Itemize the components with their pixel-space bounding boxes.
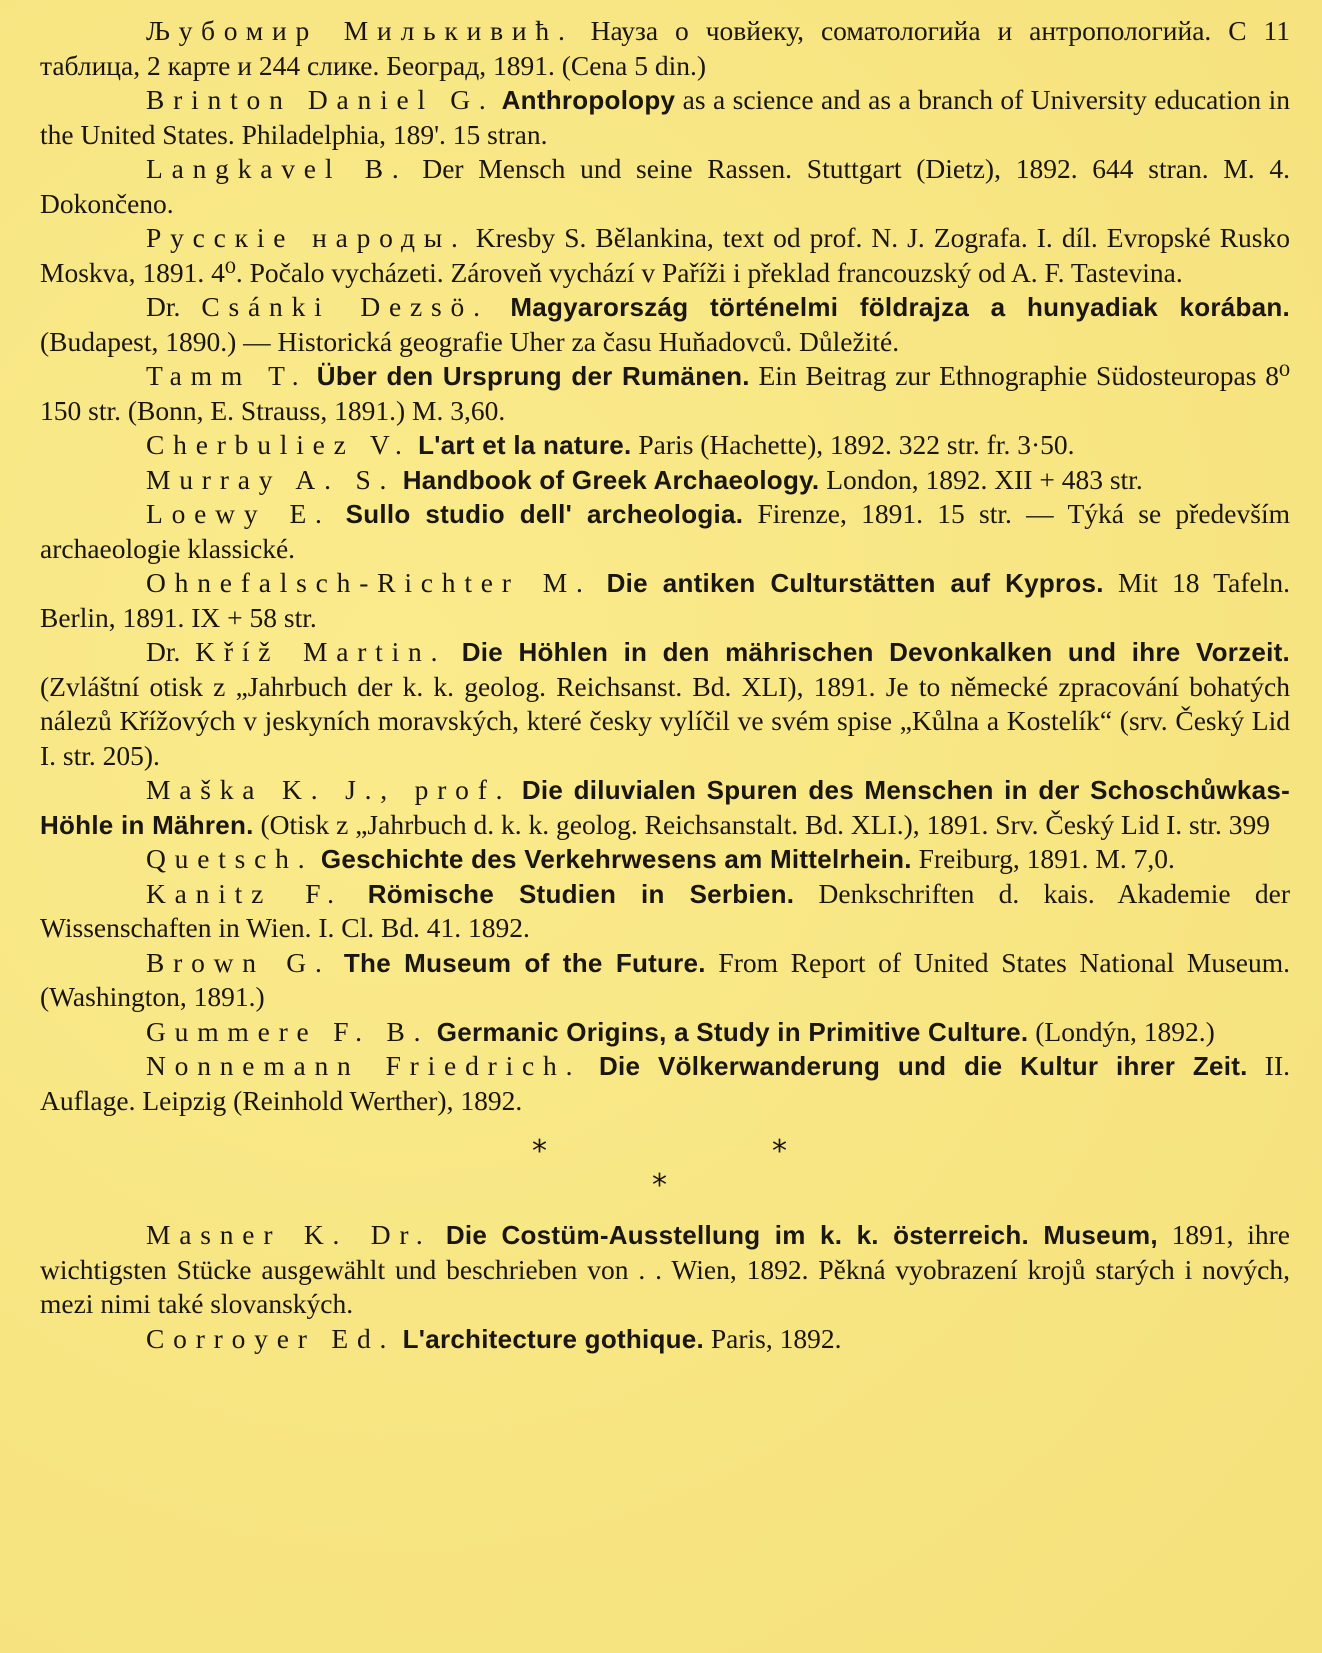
author-name: Tamm T.: [146, 360, 307, 391]
work-title: Über den Ursprung der Rumänen.: [307, 361, 749, 391]
author-name: Quetsch.: [146, 843, 313, 874]
publication-details: Freiburg, 1891. M. 7,0.: [912, 843, 1175, 874]
author-name: Murray A. S.: [146, 464, 395, 495]
asterisk-icon: *: [652, 1168, 667, 1203]
work-title: Römische Studien in Serbien.: [343, 879, 794, 909]
bibliography-entry: Brown G. The Museum of the Future. From …: [40, 946, 1290, 1015]
bibliography-entry: Corroyer Ed. L'architecture gothique. Pa…: [40, 1322, 1290, 1357]
bibliography-entry: Љубомир Милькивић. Науза о човйеку, сома…: [40, 14, 1290, 83]
bibliography-page: Љубомир Милькивић. Науза о човйеку, сома…: [40, 14, 1290, 1356]
author-name: Kříž Martin.: [195, 636, 446, 667]
bibliography-entry: Gummere F. B. Germanic Origins, a Study …: [40, 1015, 1290, 1050]
publication-details: Paris (Hachette), 1892. 322 str. fr. 3·5…: [632, 429, 1075, 460]
bibliography-entry: Langkavel B. Der Mensch und seine Rassen…: [40, 152, 1290, 221]
bibliography-entry: Masner K. Dr. Die Costüm-Ausstellung im …: [40, 1218, 1290, 1322]
work-title: Anthropolopy: [495, 85, 676, 115]
bibliography-entry: Dr. Kříž Martin. Die Höhlen in den mähri…: [40, 635, 1290, 773]
author-name: Csánki Dezsö.: [201, 291, 488, 322]
publication-details: Paris, 1892.: [704, 1323, 842, 1354]
publication-details: (Budapest, 1890.) — Historická geografie…: [40, 326, 899, 357]
bibliography-entry: Quetsch. Geschichte des Verkehrwesens am…: [40, 842, 1290, 877]
author-prefix: Dr.: [146, 291, 201, 322]
work-title: Geschichte des Verkehrwesens am Mittelrh…: [313, 844, 911, 874]
bibliography-list: Љубомир Милькивић. Науза о човйеку, сома…: [40, 14, 1290, 1118]
bibliography-entry: Nonnemann Friedrich. Die Völkerwanderung…: [40, 1049, 1290, 1118]
work-title: Die Völkerwanderung und die Kultur ihrer…: [581, 1051, 1247, 1081]
work-title: Die Höhlen in den mährischen Devonkalken…: [446, 637, 1290, 667]
work-title: L'art et la nature.: [411, 430, 632, 460]
author-name: Kanitz F.: [146, 878, 343, 909]
bibliography-entry: Tamm T. Über den Ursprung der Rumänen. E…: [40, 359, 1290, 428]
work-title: Die Costüm-Ausstellung im k. k. österrei…: [432, 1220, 1158, 1250]
bibliography-entry: Cherbuliez V. L'art et la nature. Paris …: [40, 428, 1290, 463]
author-name: Русскіе народы.: [146, 222, 467, 253]
publication-details: (Londýn, 1892.): [1028, 1016, 1214, 1047]
publication-details: (Otisk z „Jahrbuch d. k. k. geolog. Reic…: [254, 809, 1270, 840]
work-title: The Museum of the Future.: [331, 948, 706, 978]
author-prefix: Dr.: [146, 636, 195, 667]
bibliography-entry: Dr. Csánki Dezsö. Magyarország történelm…: [40, 290, 1290, 359]
work-title: Handbook of Greek Archaeology.: [395, 465, 819, 495]
author-name: Langkavel B.: [146, 153, 408, 184]
author-name: Maška K. J., prof.: [146, 774, 511, 805]
work-title: L'architecture gothique.: [395, 1324, 704, 1354]
bibliography-entry: Murray A. S. Handbook of Greek Archaeolo…: [40, 463, 1290, 498]
author-name: Ohnefalsch-Richter M.: [146, 567, 592, 598]
author-name: Nonnemann Friedrich.: [146, 1050, 581, 1081]
asterisk-icon: *: [532, 1134, 547, 1169]
author-name: Brinton Daniel G.: [146, 84, 495, 115]
work-title: Magyarország történelmi földrajza a huny…: [489, 292, 1290, 322]
bibliography-entry: Loewy E. Sullo studio dell' archeologia.…: [40, 497, 1290, 566]
asterisk-icon: *: [772, 1134, 787, 1169]
publication-details: London, 1892. XII + 483 str.: [819, 464, 1142, 495]
work-title: Germanic Origins, a Study in Primitive C…: [429, 1017, 1028, 1047]
author-name: Brown G.: [146, 947, 331, 978]
bibliography-entry: Kanitz F. Römische Studien in Serbien. D…: [40, 877, 1290, 946]
bibliography-entry: Ohnefalsch-Richter M. Die antiken Cultur…: [40, 566, 1290, 635]
publication-details: (Zvláštní otisk z „Jahrbuch der k. k. ge…: [40, 671, 1290, 771]
work-title: Die antiken Culturstätten auf Kypros.: [592, 568, 1104, 598]
work-title: Sullo studio dell' archeologia.: [331, 499, 744, 529]
bibliography-entry: Brinton Daniel G. Anthropolopy as a scie…: [40, 83, 1290, 152]
author-name: Cherbuliez V.: [146, 429, 411, 460]
bibliography-entry: Русскіе народы. Kresby S. Bělankina, tex…: [40, 221, 1290, 290]
bibliography-list-continued: Masner K. Dr. Die Costüm-Ausstellung im …: [40, 1218, 1290, 1356]
author-name: Corroyer Ed.: [146, 1323, 395, 1354]
bibliography-entry: Maška K. J., prof. Die diluvialen Spuren…: [40, 773, 1290, 842]
author-name: Gummere F. B.: [146, 1016, 429, 1047]
author-name: Loewy E.: [146, 498, 331, 529]
author-name: Љубомир Милькивић.: [146, 15, 574, 46]
section-separator: * * *: [40, 1118, 1290, 1218]
author-name: Masner K. Dr.: [146, 1219, 432, 1250]
